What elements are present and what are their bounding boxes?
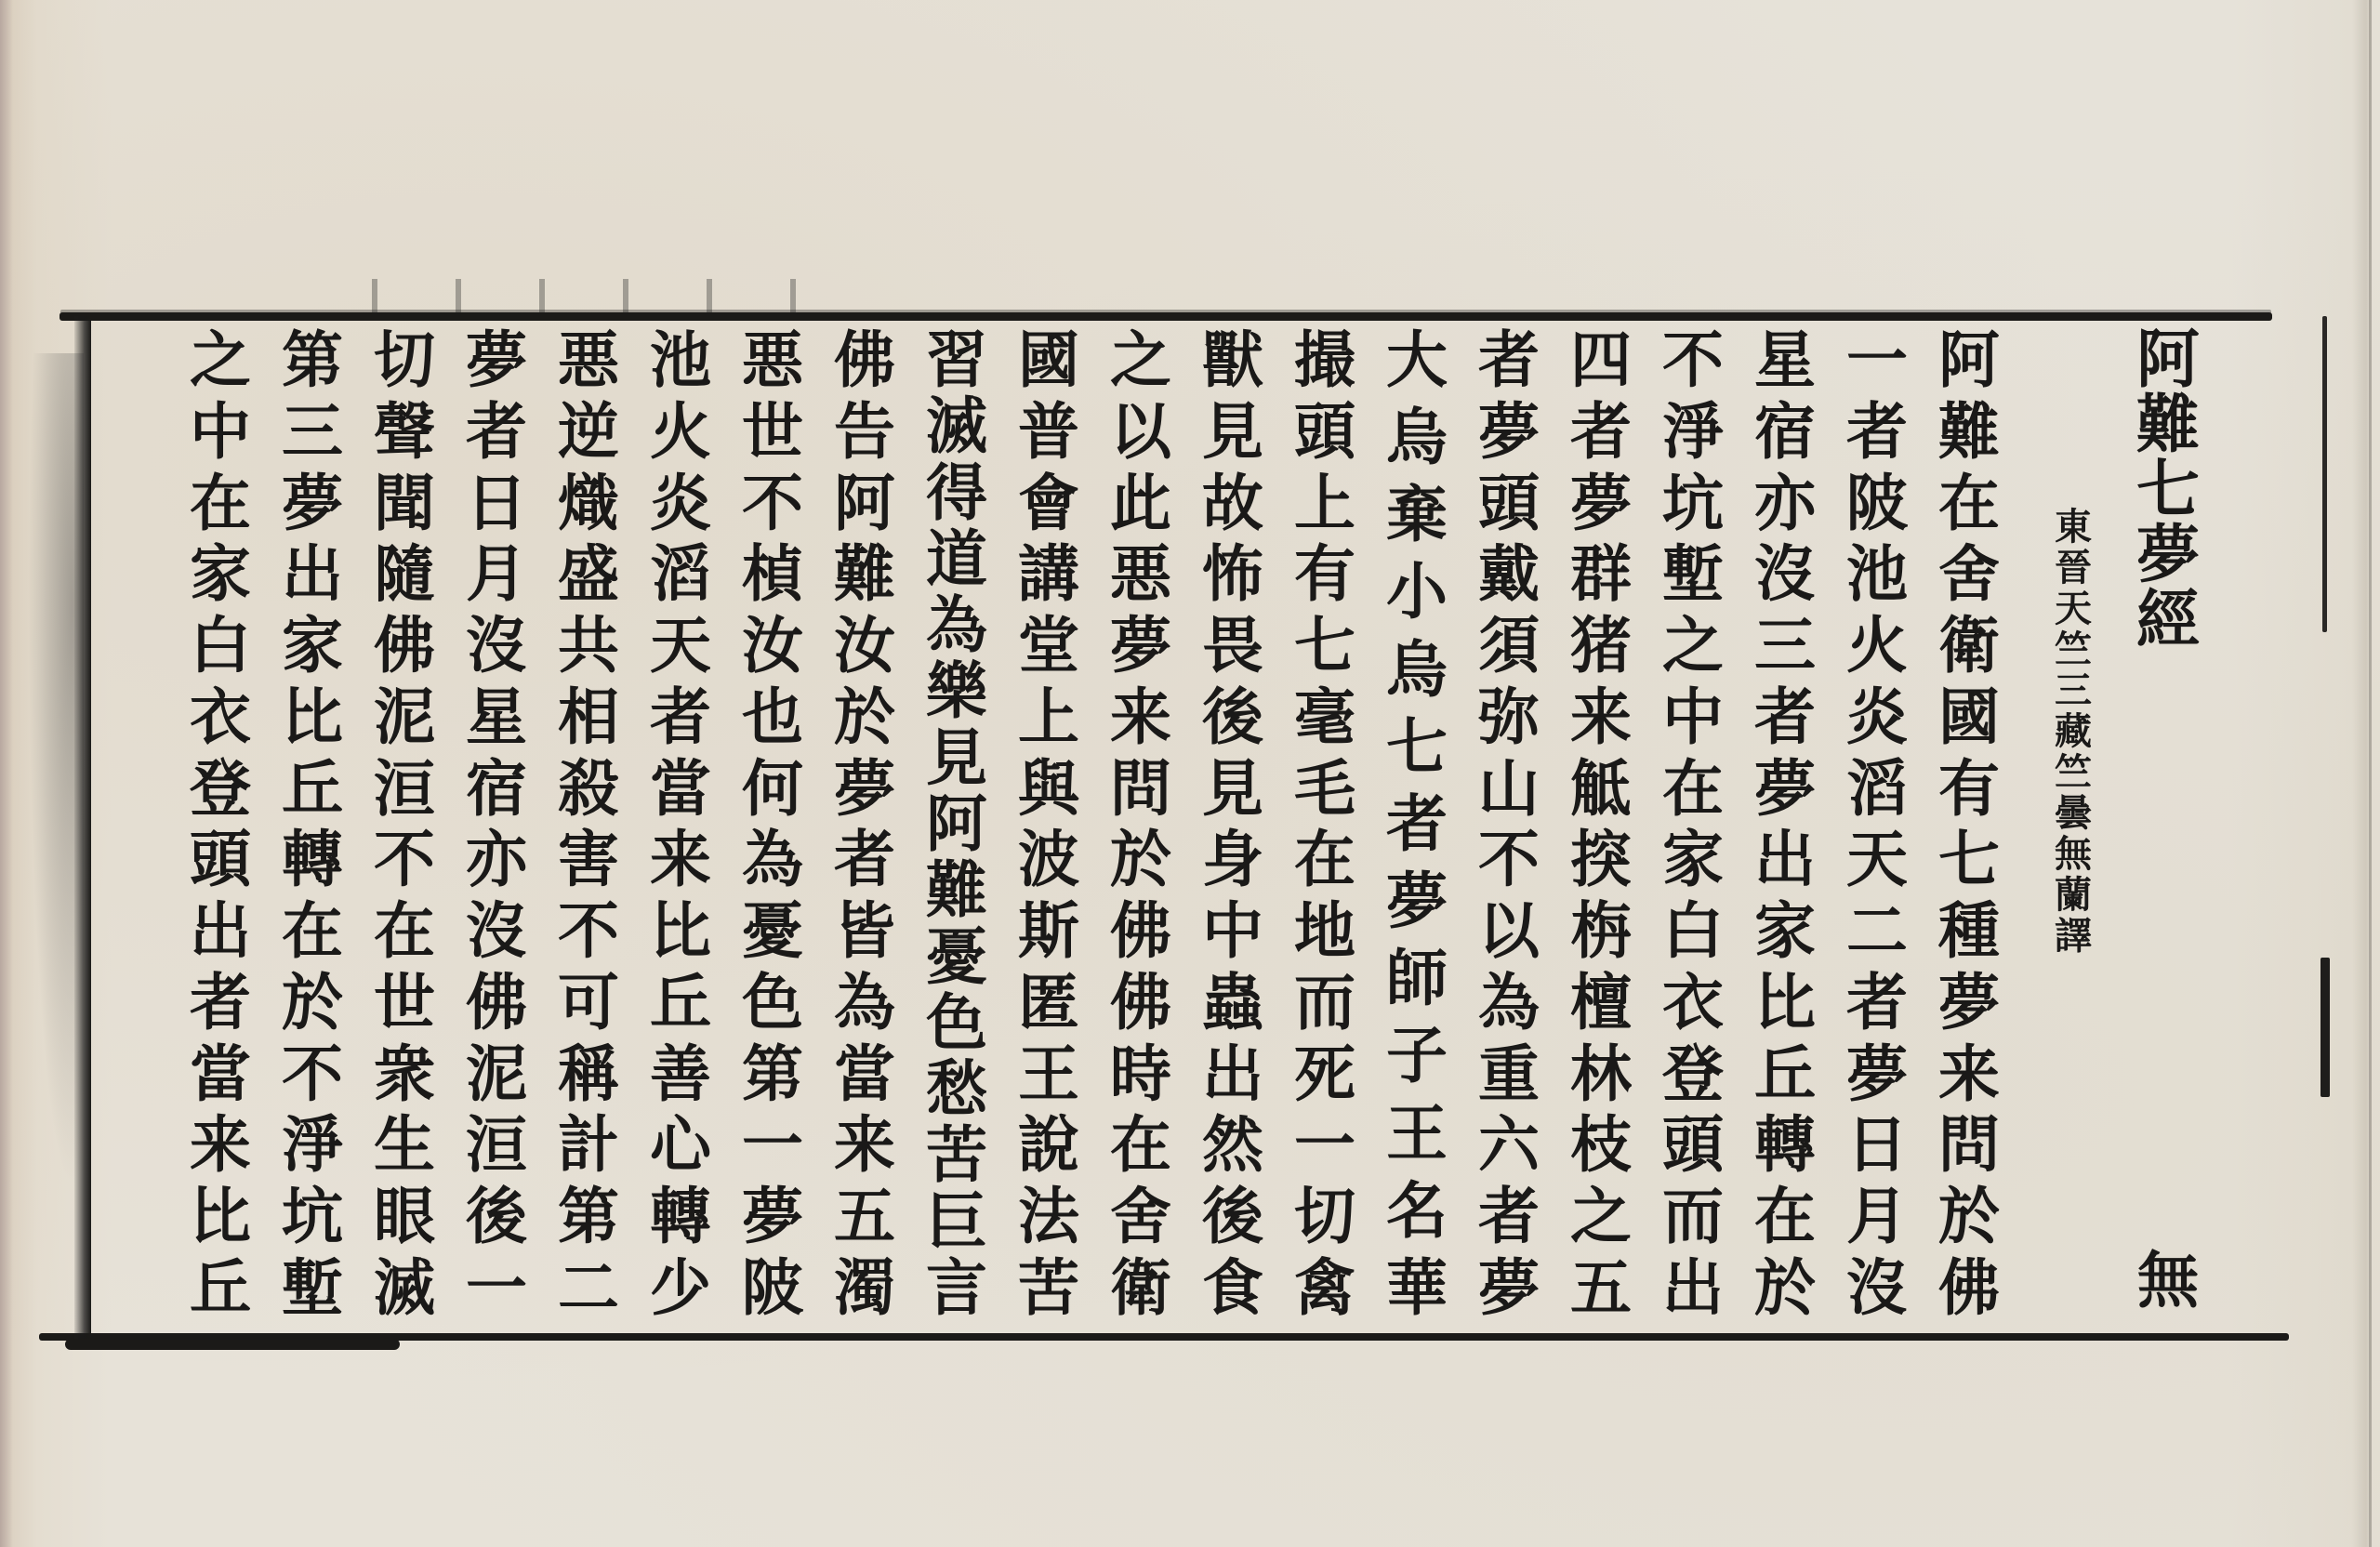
top-ink-marks	[335, 279, 800, 312]
glyph: 然	[1202, 1112, 1263, 1177]
glyph: 家	[282, 613, 343, 678]
glyph: 難	[1938, 399, 2000, 464]
glyph: 講	[1018, 541, 1079, 606]
glyph: 七	[1938, 826, 2000, 892]
glyph: 在	[190, 470, 251, 535]
glyph: 夢	[282, 470, 343, 535]
glyph: 而	[1294, 970, 1355, 1035]
glyph: 為	[926, 592, 987, 657]
text-column-5: 四者夢群猪来觝揬栴檀林枝之五	[1558, 327, 1644, 1320]
glyph: 也	[742, 684, 803, 749]
glyph: 重	[1478, 1041, 1540, 1106]
glyph: 猪	[1570, 613, 1632, 678]
glyph: 不	[742, 470, 803, 535]
glyph: 稱	[558, 1041, 619, 1106]
glyph: 宿	[466, 756, 527, 821]
glyph: 星	[466, 684, 527, 749]
glyph: 毫	[1294, 684, 1355, 749]
glyph: 夢	[2136, 522, 2200, 588]
glyph: 三	[1754, 613, 1816, 678]
glyph: 檀	[1570, 970, 1632, 1035]
glyph: 者	[190, 970, 251, 1035]
glyph: 東	[2055, 507, 2092, 548]
glyph: 小	[1386, 559, 1448, 624]
glyph: 在	[1110, 1112, 1171, 1177]
frame-border-top	[59, 312, 2272, 321]
glyph: 悪	[742, 327, 803, 392]
glyph: 頭	[1662, 1112, 1724, 1177]
glyph: 丘	[282, 756, 343, 821]
glyph: 愁	[926, 1056, 987, 1121]
glyph: 星	[1754, 327, 1816, 392]
text-column-10: 之以此悪夢来問於佛佛時在舍衛	[1098, 327, 1183, 1320]
glyph: 有	[1938, 756, 2000, 821]
glyph: 日	[466, 470, 527, 535]
glyph: 在	[1754, 1183, 1816, 1249]
glyph: 火	[650, 399, 711, 464]
glyph: 匿	[1018, 970, 1079, 1035]
glyph: 世	[742, 399, 803, 464]
glyph: 者	[1386, 791, 1448, 856]
glyph: 滅	[926, 393, 987, 458]
glyph: 登	[190, 756, 251, 821]
glyph: 皆	[834, 898, 895, 963]
glyph: 五	[834, 1183, 895, 1249]
glyph: 波	[1018, 826, 1079, 892]
glyph: 阿	[926, 791, 987, 856]
glyph: 夢	[1754, 756, 1816, 821]
glyph: 於	[834, 684, 895, 749]
glyph: 衛	[1938, 613, 2000, 678]
glyph: 来	[1938, 1041, 2000, 1106]
glyph: 丘	[650, 970, 711, 1035]
glyph: 沒	[1846, 1255, 1908, 1320]
glyph: 群	[1570, 541, 1632, 606]
glyph: 衆	[374, 1041, 435, 1106]
glyph: 一	[1846, 327, 1908, 392]
glyph: 栴	[1570, 898, 1632, 963]
glyph: 一	[742, 1112, 803, 1177]
glyph: 之	[1570, 1183, 1632, 1249]
glyph: 陂	[742, 1255, 803, 1320]
glyph: 畏	[1202, 613, 1263, 678]
glyph: 者	[1846, 399, 1908, 464]
text-column-4: 不淨坑塹之中在家白衣登頭而出	[1650, 327, 1736, 1320]
glyph: 斯	[1018, 898, 1079, 963]
glyph: 後	[466, 1183, 527, 1249]
glyph: 白	[190, 613, 251, 678]
text-column-7: 大烏棄小烏七者夢師子王名華	[1374, 327, 1460, 1320]
glyph: 天	[650, 613, 711, 678]
glyph: 王	[1386, 1101, 1448, 1166]
glyph: 家	[1754, 898, 1816, 963]
glyph: 二	[1846, 898, 1908, 963]
frame-border-left	[74, 316, 91, 1339]
text-column-16: 悪逆熾盛共相殺害不可稱計第二	[546, 327, 631, 1320]
glyph: 頭	[190, 826, 251, 892]
glyph: 来	[190, 1112, 251, 1177]
glyph: 揬	[1570, 826, 1632, 892]
page-fold-line	[2369, 0, 2372, 1547]
glyph: 地	[1294, 898, 1355, 963]
text-column-15: 池火炎滔天者當来比丘善心轉少	[638, 327, 723, 1320]
glyph: 汝	[834, 613, 895, 678]
glyph: 計	[558, 1112, 619, 1177]
glyph: 衣	[1662, 970, 1724, 1035]
glyph: 阿	[1938, 327, 2000, 392]
glyph: 佛	[1938, 1255, 2000, 1320]
glyph: 天	[2055, 588, 2092, 629]
glyph: 陂	[1846, 470, 1908, 535]
glyph: 當	[834, 1041, 895, 1106]
glyph: 枝	[1570, 1112, 1632, 1177]
glyph: 淨	[282, 1112, 343, 1177]
glyph: 難	[926, 857, 987, 922]
glyph: 世	[374, 970, 435, 1035]
glyph: 烏	[1386, 404, 1448, 469]
glyph: 頭	[1294, 399, 1355, 464]
glyph: 無	[2055, 834, 2092, 875]
glyph: 巨	[926, 1189, 987, 1254]
glyph: 丘	[190, 1255, 251, 1320]
glyph: 蘭	[2055, 875, 2092, 916]
glyph: 四	[1570, 327, 1632, 392]
glyph: 時	[1110, 1041, 1171, 1106]
glyph: 者	[466, 399, 527, 464]
glyph: 比	[190, 1183, 251, 1249]
glyph: 七	[1294, 613, 1355, 678]
glyph: 夢	[834, 756, 895, 821]
glyph: 見	[926, 725, 987, 790]
glyph: 沒	[1754, 541, 1816, 606]
glyph: 晉	[2055, 548, 2092, 588]
glyph: 来	[650, 826, 711, 892]
glyph: 佛	[374, 613, 435, 678]
glyph: 華	[1386, 1255, 1448, 1320]
glyph: 見	[1202, 756, 1263, 821]
glyph: 悪	[1110, 541, 1171, 606]
glyph: 經	[2136, 588, 2200, 653]
glyph: 塹	[282, 1255, 343, 1320]
glyph: 國	[1018, 327, 1079, 392]
text-column-13: 佛告阿難汝於夢者皆為當来五濁	[822, 327, 907, 1320]
glyph: 烏	[1386, 637, 1448, 702]
glyph: 弥	[1478, 684, 1540, 749]
glyph: 在	[374, 898, 435, 963]
margin-mark: 無	[2125, 1248, 2211, 1322]
glyph: 大	[1386, 327, 1448, 392]
glyph: 坑	[282, 1183, 343, 1249]
glyph: 七	[2136, 457, 2200, 522]
glyph: 第	[558, 1183, 619, 1249]
glyph: 阿	[834, 470, 895, 535]
glyph: 在	[1294, 826, 1355, 892]
frame-border-bottom-ink	[65, 1339, 400, 1350]
glyph: 滔	[1846, 756, 1908, 821]
glyph: 比	[1754, 970, 1816, 1035]
glyph: 毛	[1294, 756, 1355, 821]
glyph: 炎	[1846, 684, 1908, 749]
glyph: 不	[282, 1041, 343, 1106]
glyph: 白	[1662, 898, 1724, 963]
glyph: 何	[742, 756, 803, 821]
glyph: 夢	[742, 1183, 803, 1249]
glyph: 中	[190, 399, 251, 464]
glyph: 衣	[190, 684, 251, 749]
glyph: 之	[1110, 327, 1171, 392]
text-column-19: 第三夢出家比丘轉在於不淨坑塹	[270, 327, 355, 1320]
glyph: 苦	[926, 1122, 987, 1187]
glyph: 者	[1478, 1183, 1540, 1249]
glyph: 汝	[742, 613, 803, 678]
text-column-18: 切聲聞隨佛泥洹不在世衆生眼滅	[362, 327, 447, 1320]
glyph: 五	[1570, 1255, 1632, 1320]
scanned-page: 阿難七夢經 東晉天竺三藏竺曇無蘭譯 無 阿難在舍衛國有七種夢来問於佛 一者陂池火…	[0, 0, 2380, 1547]
text-column-2: 一者陂池火炎滔天二者夢日月沒	[1834, 327, 1920, 1320]
glyph: 夢	[1570, 470, 1632, 535]
glyph: 身	[1202, 826, 1263, 892]
glyph: 為	[742, 826, 803, 892]
glyph: 以	[1110, 399, 1171, 464]
glyph: 不	[558, 898, 619, 963]
glyph: 六	[1478, 1112, 1540, 1177]
glyph: 泥	[374, 684, 435, 749]
glyph: 阿	[2136, 327, 2200, 392]
glyph: 禽	[1294, 1255, 1355, 1320]
glyph: 為	[834, 970, 895, 1035]
glyph: 須	[1478, 613, 1540, 678]
glyph: 出	[1202, 1041, 1263, 1106]
text-column-12: 習滅得道為樂見阿難憂色愁苦巨言	[914, 327, 999, 1320]
glyph: 竺	[2055, 752, 2092, 793]
glyph: 曇	[2055, 793, 2092, 834]
text-column-17: 夢者日月沒星宿亦沒佛泥洹後一	[454, 327, 539, 1320]
glyph: 泥	[466, 1041, 527, 1106]
glyph: 二	[558, 1255, 619, 1320]
glyph: 撮	[1294, 327, 1355, 392]
glyph: 竺	[2055, 629, 2092, 670]
glyph: 與	[1018, 756, 1079, 821]
glyph: 比	[282, 684, 343, 749]
glyph: 苦	[1018, 1255, 1079, 1320]
glyph: 於	[1938, 1183, 2000, 1249]
glyph: 聲	[374, 399, 435, 464]
glyph: 池	[1846, 541, 1908, 606]
glyph: 三	[282, 399, 343, 464]
glyph: 比	[650, 898, 711, 963]
glyph: 舍	[1110, 1183, 1171, 1249]
glyph: 一	[466, 1255, 527, 1320]
glyph: 佛	[466, 970, 527, 1035]
glyph: 棄	[1386, 482, 1448, 547]
glyph: 之	[1662, 613, 1724, 678]
glyph: 子	[1386, 1023, 1448, 1088]
glyph: 見	[1202, 399, 1263, 464]
glyph: 塹	[1662, 541, 1724, 606]
glyph: 夢	[1478, 1255, 1540, 1320]
glyph: 亦	[1754, 470, 1816, 535]
glyph: 於	[282, 970, 343, 1035]
text-column-20: 之中在家白衣登頭出者當来比丘	[178, 327, 263, 1320]
glyph: 衛	[1110, 1255, 1171, 1320]
glyph: 一	[1294, 1112, 1355, 1177]
glyph: 者	[1478, 327, 1540, 392]
glyph: 出	[1662, 1255, 1724, 1320]
text-column-6: 者夢頭戴須弥山不以為重六者夢	[1466, 327, 1552, 1320]
glyph: 夢	[1110, 613, 1171, 678]
glyph: 切	[1294, 1183, 1355, 1249]
glyph: 夢	[1938, 970, 2000, 1035]
glyph: 登	[1662, 1041, 1724, 1106]
glyph: 種	[1938, 898, 2000, 963]
glyph: 師	[1386, 945, 1448, 1011]
glyph: 得	[926, 460, 987, 525]
glyph: 轉	[282, 826, 343, 892]
glyph: 不	[1662, 327, 1724, 392]
glyph: 夢	[1846, 1041, 1908, 1106]
glyph: 道	[926, 526, 987, 591]
glyph: 樂	[926, 658, 987, 723]
glyph: 怖	[1202, 541, 1263, 606]
glyph: 洹	[374, 756, 435, 821]
glyph: 於	[1110, 826, 1171, 892]
glyph: 盛	[558, 541, 619, 606]
glyph: 後	[1202, 1183, 1263, 1249]
glyph: 佛	[1110, 898, 1171, 963]
frame-border-right-mark	[2320, 958, 2330, 1097]
glyph: 日	[1846, 1112, 1908, 1177]
glyph: 眼	[374, 1183, 435, 1249]
glyph: 憂	[742, 898, 803, 963]
glyph: 来	[834, 1112, 895, 1177]
glyph: 舍	[1938, 541, 2000, 606]
glyph: 来	[1570, 684, 1632, 749]
glyph: 出	[1754, 826, 1816, 892]
glyph: 熾	[558, 470, 619, 535]
glyph: 上	[1018, 684, 1079, 749]
glyph: 丘	[1754, 1041, 1816, 1106]
glyph: 後	[1202, 684, 1263, 749]
glyph: 普	[1018, 399, 1079, 464]
glyph: 不	[374, 826, 435, 892]
glyph: 食	[1202, 1255, 1263, 1320]
text-column-1: 阿難在舍衛國有七種夢来問於佛	[1926, 327, 2012, 1320]
glyph: 池	[650, 327, 711, 392]
text-column-8: 撮頭上有七毫毛在地而死一切禽	[1282, 327, 1368, 1320]
glyph: 色	[926, 990, 987, 1055]
glyph: 楨	[742, 541, 803, 606]
glyph: 者	[1846, 970, 1908, 1035]
glyph: 出	[282, 541, 343, 606]
glyph: 沒	[466, 613, 527, 678]
glyph: 三	[2055, 670, 2092, 711]
glyph: 火	[1846, 613, 1908, 678]
glyph: 亦	[466, 826, 527, 892]
glyph: 殺	[558, 756, 619, 821]
glyph: 可	[558, 970, 619, 1035]
glyph: 相	[558, 684, 619, 749]
glyph: 上	[1294, 470, 1355, 535]
glyph: 國	[1938, 684, 2000, 749]
glyph: 故	[1202, 470, 1263, 535]
glyph: 色	[742, 970, 803, 1035]
glyph: 聞	[374, 470, 435, 535]
glyph: 七	[1386, 714, 1448, 779]
glyph: 出	[190, 898, 251, 963]
glyph: 於	[1754, 1255, 1816, 1320]
glyph: 共	[558, 613, 619, 678]
glyph: 難	[2136, 392, 2200, 457]
glyph: 在	[282, 898, 343, 963]
glyph: 宿	[1754, 399, 1816, 464]
glyph: 無	[2137, 1248, 2199, 1313]
glyph: 隨	[374, 541, 435, 606]
glyph: 死	[1294, 1041, 1355, 1106]
frame-border-right	[2322, 316, 2327, 632]
glyph: 以	[1478, 898, 1540, 963]
glyph: 天	[1846, 826, 1908, 892]
glyph: 第	[282, 327, 343, 392]
glyph: 第	[742, 1041, 803, 1106]
glyph: 王	[1018, 1041, 1079, 1106]
glyph: 難	[834, 541, 895, 606]
glyph: 中	[1202, 898, 1263, 963]
glyph: 轉	[1754, 1112, 1816, 1177]
glyph: 沒	[466, 898, 527, 963]
glyph: 月	[1846, 1183, 1908, 1249]
glyph: 當	[190, 1041, 251, 1106]
glyph: 佛	[834, 327, 895, 392]
glyph: 戴	[1478, 541, 1540, 606]
glyph: 来	[1110, 684, 1171, 749]
glyph: 者	[1570, 399, 1632, 464]
glyph: 此	[1110, 470, 1171, 535]
glyph: 悪	[558, 327, 619, 392]
glyph: 者	[1754, 684, 1816, 749]
glyph: 生	[374, 1112, 435, 1177]
glyph: 洹	[466, 1112, 527, 1177]
glyph: 夢	[1386, 868, 1448, 933]
glyph: 譯	[2055, 916, 2092, 957]
glyph: 濁	[834, 1255, 895, 1320]
glyph: 夢	[1478, 399, 1540, 464]
glyph: 獸	[1202, 327, 1263, 392]
glyph: 坑	[1662, 470, 1724, 535]
glyph: 問	[1938, 1112, 2000, 1177]
sutra-title: 阿難七夢經	[2125, 327, 2211, 653]
glyph: 名	[1386, 1178, 1448, 1243]
glyph: 有	[1294, 541, 1355, 606]
glyph: 憂	[926, 924, 987, 989]
glyph: 堂	[1018, 613, 1079, 678]
glyph: 佛	[1110, 970, 1171, 1035]
glyph: 蟲	[1202, 970, 1263, 1035]
glyph: 林	[1570, 1041, 1632, 1106]
text-column-11: 國普會講堂上與波斯匿王說法苦	[1006, 327, 1091, 1320]
glyph: 轉	[650, 1183, 711, 1249]
glyph: 少	[650, 1255, 711, 1320]
glyph: 切	[374, 327, 435, 392]
glyph: 在	[1662, 756, 1724, 821]
glyph: 害	[558, 826, 619, 892]
glyph: 當	[650, 756, 711, 821]
glyph: 善	[650, 1041, 711, 1106]
glyph: 淨	[1662, 399, 1724, 464]
glyph: 月	[466, 541, 527, 606]
glyph: 家	[1662, 826, 1724, 892]
glyph: 藏	[2055, 711, 2092, 752]
glyph: 觝	[1570, 756, 1632, 821]
